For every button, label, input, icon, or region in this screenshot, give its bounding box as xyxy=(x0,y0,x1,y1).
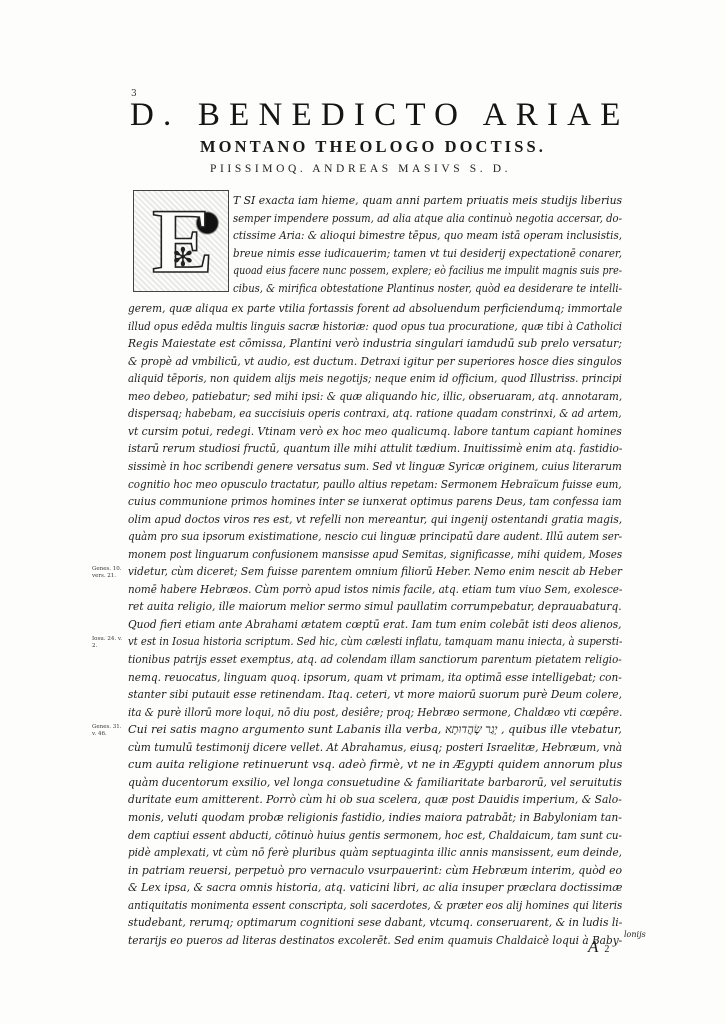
text-line: quàm ducentorum exsilio, vel longa consu… xyxy=(128,775,622,789)
text-line: cognitio hoc meo opusculo tractatur, pau… xyxy=(128,477,622,491)
text-line: Regis Maiestate est cōmissa, Plantini ve… xyxy=(128,336,622,350)
decorated-initial: E ✻ xyxy=(133,190,229,292)
text-line: studebant, rerumq; optimarum cognitioni … xyxy=(128,915,622,929)
text-line: aliquid tēporis, non quidem alijs meis n… xyxy=(128,371,622,385)
title-line-1: D. BENEDICTO ARIAE xyxy=(130,97,630,133)
title-line-2: MONTANO THEOLOGO DOCTISS. xyxy=(200,137,620,157)
text-line: vt cursim potui, redegi. Vtinam verò ex … xyxy=(128,424,622,438)
text-line: videtur, cùm diceret; Sem fuisse parente… xyxy=(128,564,622,578)
text-line: olim apud doctos viros res est, vt refel… xyxy=(128,512,622,526)
text-line: Quod fieri etiam ante Abrahami ætatem cœ… xyxy=(128,617,622,631)
text-line: monis, veluti quodam probæ religionis fa… xyxy=(128,810,622,824)
text-line: dispersaq; habebam, ea succisiuis operis… xyxy=(128,406,622,420)
text-line: Cui rei satis magno argumento sunt Laban… xyxy=(128,722,622,736)
text-line: & Lex ipsa, & sacra omnis historia, atq.… xyxy=(128,880,622,894)
text-line: illud opus edēda multis linguis sacræ hi… xyxy=(128,319,622,333)
margin-note: Genes. 10. vers. 21. xyxy=(92,566,126,580)
title-line-3: PIISSIMOQ. ANDREAS MASIVS S. D. xyxy=(210,163,630,175)
text-line: dem captiui essent abducti, cōtinuò huiu… xyxy=(128,828,622,842)
text-line: ita & purè illorū more loqui, nō diu pos… xyxy=(128,705,622,719)
text-line: semper impendere possum, ad alia atque a… xyxy=(233,211,622,225)
text-line: antiquitatis monimenta essent conscripta… xyxy=(128,898,622,912)
text-line: nemq. reuocatus, linguam quoq. ipsorum, … xyxy=(128,670,622,684)
text-line: meo debeo, patiebatur; sed mihi ipsi: & … xyxy=(128,389,622,403)
catchword: lonijs xyxy=(624,930,646,939)
text-line: quàm pro sua ipsorum existimatione, nesc… xyxy=(128,529,622,543)
text-line: ret auita religio, ille maiorum melior s… xyxy=(128,599,622,613)
text-line: sissimè in hoc scribendi genere versatus… xyxy=(128,459,622,473)
text-line: breue nimis esse iudicauerim; tamen vt t… xyxy=(233,246,622,260)
text-line: terarijs eo pueros ad literas destinatos… xyxy=(128,933,622,947)
text-line: gerem, quæ aliqua ex parte vtilia fortas… xyxy=(128,301,622,315)
text-line: T SI exacta iam hieme, quam anni partem … xyxy=(233,193,622,207)
drop-cap-letter: E xyxy=(152,195,213,287)
text-line: duritate eum amitterent. Porrò cùm hi ob… xyxy=(128,792,622,806)
text-line: pidè amplexati, vt cùm nō ferè pluribus … xyxy=(128,845,622,859)
text-line: quoad eius facere nunc possem, explere; … xyxy=(233,263,622,277)
text-line: monem post linguarum confusionem mansiss… xyxy=(128,547,622,561)
text-line: cum auita religione retinuerunt vsq. ade… xyxy=(128,757,622,771)
text-line: vt est in Iosua historia scriptum. Sed h… xyxy=(128,634,622,648)
margin-note: Genes. 31. v. 46. xyxy=(92,724,126,738)
text-line: stanter sibi putauit esse retinendam. It… xyxy=(128,687,622,701)
flower-ornament-icon: ✻ xyxy=(172,243,194,273)
text-line: cibus, & mirifica obtestatione Plantinus… xyxy=(233,281,622,295)
text-line: cuius communione primos homines inter se… xyxy=(128,494,622,508)
text-line: istarū rerum studiosi fructū, quantum il… xyxy=(128,441,622,455)
text-line: nomē habere Hebræos. Cùm porrò apud isto… xyxy=(128,582,622,596)
text-line: & propè ad vmbilicū, vt audio, est ductu… xyxy=(128,354,622,368)
text-line: in patriam reuersi, perpetuò pro vernacu… xyxy=(128,863,622,877)
text-line: ctissime Aria: & alioqui bimestre tēpus,… xyxy=(233,228,622,242)
text-line: tionibus patrijs esset exemptus, atq. ad… xyxy=(128,652,622,666)
margin-note: Iosu. 24. v. 2. xyxy=(92,636,126,650)
text-line: cùm tumulū testimonij dicere vellet. At … xyxy=(128,740,622,754)
